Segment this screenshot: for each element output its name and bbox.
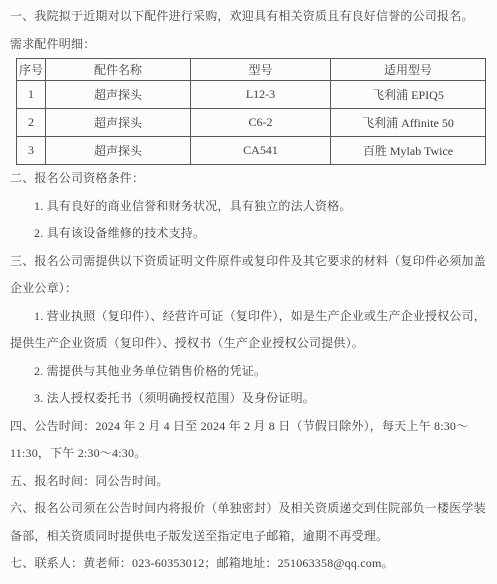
paragraph-intro: 一、我院拟于近期对以下配件进行采购，欢迎具有相关资质且有良好信誉的公司报名。 — [10, 3, 487, 31]
paragraph-section3-item1: 1. 营业执照（复印件）、经营许可证（复印件），如是生产企业或生产企业授权公司，… — [10, 303, 487, 358]
paragraph-section4-announcement-time: 四、公告时间：2024 年 2 月 4 日至 2024 年 2 月 8 日（节假… — [10, 413, 487, 468]
paragraph-section2-item1: 1. 具有良好的商业信誉和财务状况，具有独立的法人资格。 — [10, 193, 487, 221]
table-cell-serial: 1 — [17, 81, 46, 109]
table-cell-applicable-model: 飞利浦 Affinite 50 — [331, 109, 486, 137]
paragraph-section6-submission: 六、报名公司须在公告时间内将报价（单独密封）及相关资质递交到住院部负一楼医学装备… — [10, 495, 487, 550]
procurement-announcement-document: 一、我院拟于近期对以下配件进行采购，欢迎具有相关资质且有良好信誉的公司报名。 需… — [10, 3, 487, 578]
paragraph-section3-item2: 2. 需提供与其他业务单位销售价格的凭证。 — [10, 358, 487, 386]
table-cell-applicable-model: 飞利浦 EPIQ5 — [331, 81, 486, 109]
table-header-applicable-model: 适用型号 — [331, 59, 486, 81]
table-cell-model: C6-2 — [191, 109, 331, 137]
table-cell-applicable-model: 百胜 Mylab Twice — [331, 137, 486, 165]
table-header-row: 序号 配件名称 型号 适用型号 — [17, 59, 486, 81]
table-cell-part-name: 超声探头 — [46, 137, 191, 165]
table-row: 1 超声探头 L12-3 飞利浦 EPIQ5 — [17, 81, 486, 109]
paragraph-section3-title: 三、报名公司需提供以下资质证明文件原件或复印件及其它要求的材料（复印件必须加盖企… — [10, 248, 487, 303]
table-cell-serial: 3 — [17, 137, 46, 165]
table-cell-part-name: 超声探头 — [46, 109, 191, 137]
paragraph-section3-item3: 3. 法人授权委托书（须明确授权范围）及身份证明。 — [10, 385, 487, 413]
paragraph-section2-title: 二、报名公司资格条件： — [10, 165, 487, 193]
parts-table: 序号 配件名称 型号 适用型号 1 超声探头 L12-3 飞利浦 EPIQ5 2… — [16, 58, 486, 165]
table-row: 3 超声探头 CA541 百胜 Mylab Twice — [17, 137, 486, 165]
table-header-model: 型号 — [191, 59, 331, 81]
table-cell-serial: 2 — [17, 109, 46, 137]
paragraph-section5-registration-time: 五、报名时间：同公告时间。 — [10, 468, 487, 496]
paragraph-section2-item2: 2. 具有该设备维修的技术支持。 — [10, 220, 487, 248]
table-cell-model: CA541 — [191, 137, 331, 165]
table-cell-model: L12-3 — [191, 81, 331, 109]
table-cell-part-name: 超声探头 — [46, 81, 191, 109]
table-header-serial: 序号 — [17, 59, 46, 81]
table-header-part-name: 配件名称 — [46, 59, 191, 81]
paragraph-detail-label: 需求配件明细： — [10, 31, 487, 59]
table-row: 2 超声探头 C6-2 飞利浦 Affinite 50 — [17, 109, 486, 137]
paragraph-section7-contact: 七、联系人：黄老师：023-60353012；邮箱地址：251063358@qq… — [10, 550, 487, 578]
